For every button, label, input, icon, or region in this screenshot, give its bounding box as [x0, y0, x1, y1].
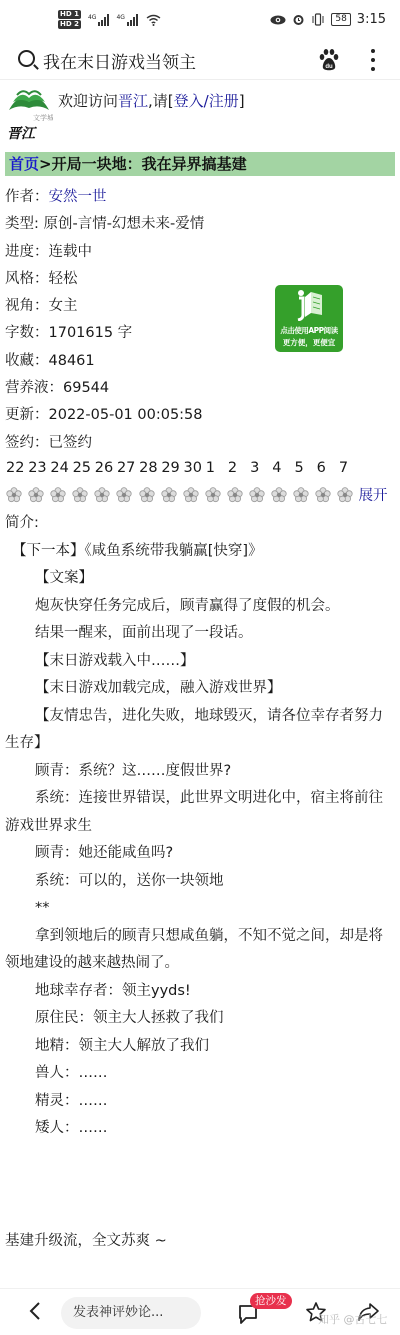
calendar-day: 22 — [6, 460, 28, 476]
info-nutrient: 营养液：69544 — [5, 375, 204, 402]
login-link[interactable]: 登入 — [174, 92, 204, 110]
flower-icon — [205, 487, 221, 503]
svg-text:晋江: 晋江 — [7, 126, 38, 142]
info-update: 更新：2022-05-01 00:05:58 — [5, 402, 204, 429]
intro-body: 【文案】炮灰快穿任务完成后，顾青赢得了度假的机会。结果一醒来，面前出现了一段话。… — [5, 565, 395, 1143]
intro-label: 简介: — [5, 510, 395, 538]
intro-paragraph: 兽人：…… — [5, 1060, 395, 1088]
alarm-icon — [292, 13, 305, 26]
breadcrumb-home-link[interactable]: 首页 — [9, 155, 39, 173]
comment-input[interactable]: 发表神评妙论... — [61, 1297, 201, 1329]
intro-paragraph: 【文案】 — [5, 565, 395, 593]
battery-icon: 58 — [331, 13, 350, 26]
svg-text:du: du — [325, 64, 333, 70]
info-words: 字数：1701615 字 — [5, 320, 204, 347]
update-calendar-flowers: 展开 — [6, 484, 388, 505]
signal-icon-2: 4G — [116, 14, 137, 26]
signal-icon-1: 4G — [88, 14, 109, 26]
site-link[interactable]: 晋江 — [118, 92, 148, 110]
sim1-badge: HD 1 — [58, 10, 81, 19]
info-view: 视角：女主 — [5, 293, 204, 320]
intro-paragraph: 系统：连接世界错误，此世界文明进化中，宿主将前往游戏世界求生 — [5, 785, 395, 840]
calendar-day: 28 — [139, 460, 161, 476]
intro-paragraph: 【友情忠告，进化失败，地球毁灭，请各位幸存者努力生存】 — [5, 703, 395, 758]
flower-icon — [116, 487, 132, 503]
info-sign: 签约：已签约 — [5, 430, 204, 457]
breadcrumb: 首页>开局一块地：我在异界搞基建 — [5, 152, 395, 176]
browser-search-bar[interactable]: 我在末日游戏当领主 du — [0, 40, 400, 80]
intro-paragraph: 【末日游戏载入中……】 — [5, 648, 395, 676]
intro-paragraph: 矮人：…… — [5, 1115, 395, 1143]
calendar-day: 2 — [228, 460, 250, 476]
intro-paragraph: 地球幸存者：领主yyds! — [5, 978, 395, 1006]
calendar-day: 25 — [73, 460, 95, 476]
flower-icon — [6, 487, 22, 503]
jjwxc-logo[interactable]: 文学城 晋江 — [5, 88, 53, 144]
flower-icon — [50, 487, 66, 503]
bottom-toolbar: 发表神评妙论... 抢沙发 知乎 @古七七 — [0, 1288, 400, 1335]
calendar-day: 1 — [206, 460, 228, 476]
intro-paragraph: 原住民：领主大人拯救了我们 — [5, 1005, 395, 1033]
intro-paragraph: 顾青：她还能咸鱼吗? — [5, 840, 395, 868]
more-menu-icon[interactable] — [370, 49, 376, 71]
status-left: HD 1 HD 2 4G 4G — [58, 10, 161, 29]
flower-icon — [227, 487, 243, 503]
flower-icon — [183, 487, 199, 503]
next-book-link[interactable]: 【下一本】《咸鱼系统带我躺赢[快穿]》 — [5, 538, 395, 566]
intro-tagline: 基建升级流，全文苏爽 ~ — [5, 1229, 167, 1250]
register-link[interactable]: 注册 — [209, 92, 239, 110]
intro-paragraph: 地精：领主大人解放了我们 — [5, 1033, 395, 1061]
info-favorites: 收藏：48461 — [5, 348, 204, 375]
info-style: 风格：轻松 — [5, 266, 204, 293]
app-book-icon — [295, 289, 325, 321]
info-type: 类型: 原创-言情-幻想未来-爱情 — [5, 211, 204, 238]
update-calendar-days: 2223242526272829301234567 — [6, 460, 361, 476]
calendar-day: 24 — [50, 460, 72, 476]
status-right: 58 3:15 — [270, 12, 386, 27]
wifi-icon — [146, 14, 161, 26]
book-intro: 简介: 【下一本】《咸鱼系统带我躺赢[快穿]》 【文案】炮灰快穿任务完成后，顾青… — [5, 510, 395, 1143]
flower-icon — [28, 487, 44, 503]
flower-icon — [139, 487, 155, 503]
flower-icon — [271, 487, 287, 503]
calendar-day: 3 — [250, 460, 272, 476]
search-icon[interactable] — [18, 50, 35, 67]
author-link[interactable]: 安然一世 — [49, 189, 107, 205]
calendar-day: 23 — [28, 460, 50, 476]
flower-icon — [94, 487, 110, 503]
flower-icon — [293, 487, 309, 503]
flower-icon — [337, 487, 353, 503]
calendar-day: 7 — [339, 460, 361, 476]
zhihu-watermark: 知乎 @古七七 — [318, 1311, 388, 1327]
intro-paragraph: ** — [5, 895, 395, 923]
calendar-day: 29 — [161, 460, 183, 476]
eye-icon — [270, 15, 286, 25]
intro-paragraph: 顾青：系统？这……度假世界? — [5, 758, 395, 786]
sim2-badge: HD 2 — [58, 20, 81, 29]
svg-text:文学城: 文学城 — [33, 113, 53, 122]
first-comment-badge: 抢沙发 — [250, 1293, 292, 1309]
intro-paragraph: 结果一醒来，面前出现了一段话。 — [5, 620, 395, 648]
flower-icon — [315, 487, 331, 503]
intro-paragraph: 炮灰快穿任务完成后，顾青赢得了度假的机会。 — [5, 593, 395, 621]
intro-paragraph: 拿到领地后的顾青只想咸鱼躺，不知不觉之间，却是将领地建设的越来越热闹了。 — [5, 923, 395, 978]
expand-calendar-link[interactable]: 展开 — [359, 484, 388, 505]
flower-icon — [72, 487, 88, 503]
intro-paragraph: 【末日游戏加载完成，融入游戏世界】 — [5, 675, 395, 703]
open-in-app-banner[interactable]: 点击使用APP阅读 更方便，更便宜 — [275, 285, 343, 352]
calendar-day: 6 — [317, 460, 339, 476]
sim-indicators: HD 1 HD 2 — [58, 10, 81, 29]
search-query[interactable]: 我在末日游戏当领主 — [43, 48, 196, 73]
calendar-day: 26 — [95, 460, 117, 476]
flower-icon — [249, 487, 265, 503]
calendar-day: 5 — [294, 460, 316, 476]
intro-paragraph: 精灵：…… — [5, 1088, 395, 1116]
book-info: 作者：安然一世 类型: 原创-言情-幻想未来-爱情 进度：连载中 风格：轻松 视… — [5, 184, 204, 457]
clock: 3:15 — [357, 12, 386, 27]
calendar-day: 30 — [184, 460, 206, 476]
baidu-paw-icon[interactable]: du — [317, 48, 341, 72]
book-title: 开局一块地：我在异界搞基建 — [52, 155, 247, 173]
welcome-text: 欢迎访问晋江,请[登入/注册] — [58, 90, 245, 111]
status-bar: HD 1 HD 2 4G 4G 58 3:15 — [0, 0, 400, 40]
info-author: 作者：安然一世 — [5, 184, 204, 211]
calendar-day: 27 — [117, 460, 139, 476]
vibrate-icon — [311, 13, 325, 26]
intro-paragraph: 系统：可以的，送你一块领地 — [5, 868, 395, 896]
back-arrow-icon[interactable] — [28, 1301, 42, 1321]
info-progress: 进度：连载中 — [5, 239, 204, 266]
calendar-day: 4 — [272, 460, 294, 476]
flower-icon — [161, 487, 177, 503]
